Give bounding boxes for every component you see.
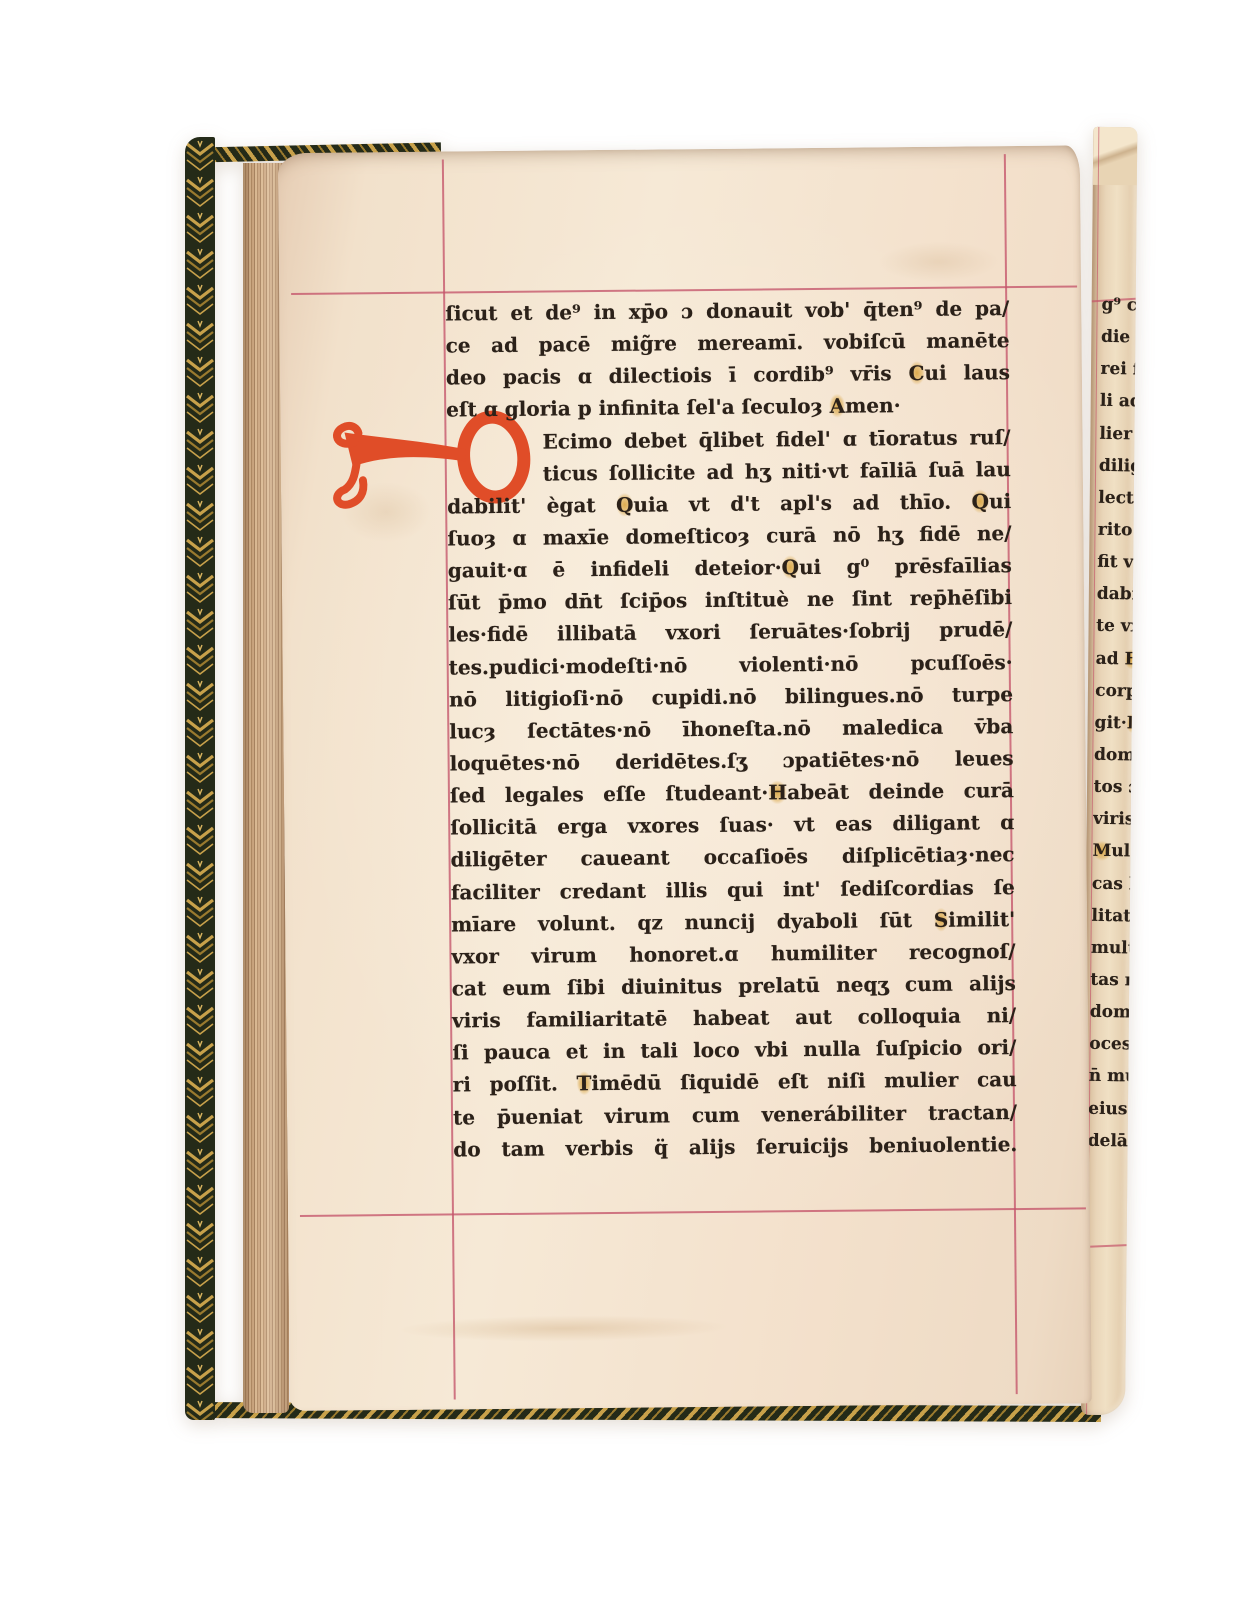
- page-fragment-line: delābi: [1087, 1124, 1128, 1157]
- yellow-washed-capital: C: [908, 361, 924, 385]
- page-fragment-line: multo: [1091, 932, 1132, 965]
- page-fragment-line: tas m: [1090, 964, 1131, 997]
- text-line: vxor virum honoret.ɑ humiliter recognoſ∕: [451, 935, 1015, 973]
- text-line: les·fidē illibatā vxori ſeruātes·ſobrij …: [448, 613, 1012, 651]
- text-line: viris familiaritatē habeat aut colloquia…: [452, 999, 1016, 1037]
- yellow-washed-capital: Q: [971, 489, 989, 513]
- yellow-washed-capital: E: [1124, 649, 1136, 669]
- text-line: dabilit' ègat Quia vt d't apl's ad thīo.…: [447, 485, 1011, 523]
- yellow-washed-capital: Q: [616, 493, 634, 517]
- text-line: eſt ɑ gloria p infinita ſel'a ſeculoȝ Am…: [446, 389, 1010, 427]
- photo-backdrop: g⁹ cicdie īrei fali adlier q̄diliglectio…: [0, 0, 1248, 1597]
- text-line: mīare volunt. qz nuncij dyaboli ſūt Simi…: [451, 903, 1015, 941]
- page-fragment-line: dom⁹: [1090, 996, 1131, 1029]
- yellow-washed-capital: Q: [781, 555, 799, 579]
- paper-stain: [399, 1314, 729, 1343]
- page-fragment-line: cas li: [1092, 867, 1133, 900]
- page-fragment-line: litate: [1091, 899, 1132, 932]
- text-line: ſi pauca et in tali loco vbi nulla ſuſpi…: [452, 1031, 1016, 1069]
- text-line: nō litigioſi·nō cupidi.nō bilingues.nō t…: [449, 678, 1013, 716]
- text-line: Ecimo debet q̄libet fidel' ɑ tīoratus ru…: [542, 421, 1010, 458]
- binding-spine-gilt: [185, 137, 215, 1420]
- text-line: ticus ſollicite ad hʒ niti·vt faīliā ſuā…: [543, 453, 1011, 490]
- page-fragment-line: fit vr: [1097, 546, 1137, 579]
- text-line: te p̄ueniat virum cum venerábiliter trac…: [453, 1096, 1017, 1134]
- yellow-washed-capital: M: [1092, 841, 1111, 861]
- page-fragment-line: lier q̄: [1099, 417, 1137, 450]
- page-fragment-line: die ī: [1101, 321, 1138, 354]
- yellow-washed-capital: T: [576, 1072, 591, 1096]
- text-line: cat eum ſibi diuinitus prelatū neqʒ cum …: [452, 967, 1016, 1005]
- page-fragment-line: rei fa: [1100, 353, 1137, 386]
- ruling-line-bottom: [300, 1207, 1086, 1216]
- yellow-washed-capital: L: [1127, 713, 1135, 733]
- text-line: loquētes·nō deridētes.ſʒ ɔpatiētes·nō le…: [449, 742, 1013, 780]
- page-fragment-line: li ad: [1100, 385, 1138, 418]
- page-fragment-line: Mul: [1092, 835, 1133, 868]
- yellow-washed-capital: H: [768, 780, 787, 804]
- page-fragment-line: n̄ mū: [1089, 1060, 1130, 1093]
- page-fragment-line: corp: [1095, 674, 1136, 707]
- yellow-washed-capital: A: [830, 394, 846, 418]
- text-line: faciliter credant illis qui int' ſediſco…: [451, 871, 1015, 909]
- page-fragment-line: lectio: [1098, 482, 1137, 515]
- text-line: ri poſſit. Timēdū ſiquidē eſt niſi mulie…: [453, 1063, 1017, 1101]
- book-page: ſicut et de⁹ in xp̄o ɔ donauit vob' q̄te…: [278, 145, 1092, 1411]
- page-fragment-line: ad E: [1095, 642, 1136, 675]
- text-line: ſollicitā erga vxores ſuas· vt eas dilig…: [450, 806, 1014, 844]
- page-fragment-line: eius·t: [1088, 1092, 1129, 1125]
- text-line: tes.pudici·modeſti·nō violenti·nō pcuſſo…: [449, 646, 1013, 684]
- text-line: do tam verbis q̈ alijs ſeruicijs beniuol…: [453, 1128, 1017, 1166]
- book: g⁹ cicdie īrei fali adlier q̄diliglectio…: [185, 125, 1120, 1420]
- text-line: lucȝ ſectātes·nō īhoneſta.nō maledica v̄…: [449, 710, 1013, 748]
- page-fragment-line: dom⁹: [1094, 739, 1135, 772]
- gilt-chevron-pattern: [185, 137, 215, 1420]
- page-fragment-line: g⁹ cic: [1101, 289, 1137, 322]
- page-fragment-line: dabi: [1097, 578, 1138, 611]
- text-line: diligēter caueant occaſioēs diſplicētiaȝ…: [450, 838, 1014, 876]
- text-line: ſed legales eſſe ſtudeant·Habeāt deinde …: [450, 774, 1014, 812]
- paper-stain: [879, 241, 999, 282]
- page-fragment-line: oces ſo: [1089, 1028, 1130, 1061]
- text-line: ſicut et de⁹ in xp̄o ɔ donauit vob' q̄te…: [445, 292, 1009, 330]
- marbled-endpaper-edge: [214, 159, 244, 1403]
- text-line: ſuoȝ ɑ maxīe domeſticoȝ curā nō hʒ fidē …: [447, 517, 1011, 555]
- page-fragment-line: git·L: [1094, 707, 1135, 740]
- page-fragment-line: te vx: [1096, 610, 1137, 643]
- page-fragment-line: dilig: [1099, 449, 1138, 482]
- page-fragment-line: viris: [1093, 803, 1134, 836]
- text-line: gauit·ɑ ē infideli deteior·Qui g⁰ prēsfa…: [448, 549, 1012, 587]
- text-line: ſūt p̄mo dn̄t ſcip̄os inſtituè ne ſint r…: [448, 581, 1012, 619]
- page-fragment-line: tos ɔ: [1093, 771, 1134, 804]
- page-fragment-line: rito ē: [1098, 514, 1138, 547]
- text-line: ce ad pacē mig̃re mereamī. vobiſcū manēt…: [445, 324, 1009, 362]
- yellow-washed-capital: S: [934, 907, 949, 931]
- text-block: ſicut et de⁹ in xp̄o ɔ donauit vob' q̄te…: [445, 292, 1017, 1179]
- text-line: deo pacis ɑ dilectiois ī cordib⁹ vr̄is C…: [446, 356, 1010, 394]
